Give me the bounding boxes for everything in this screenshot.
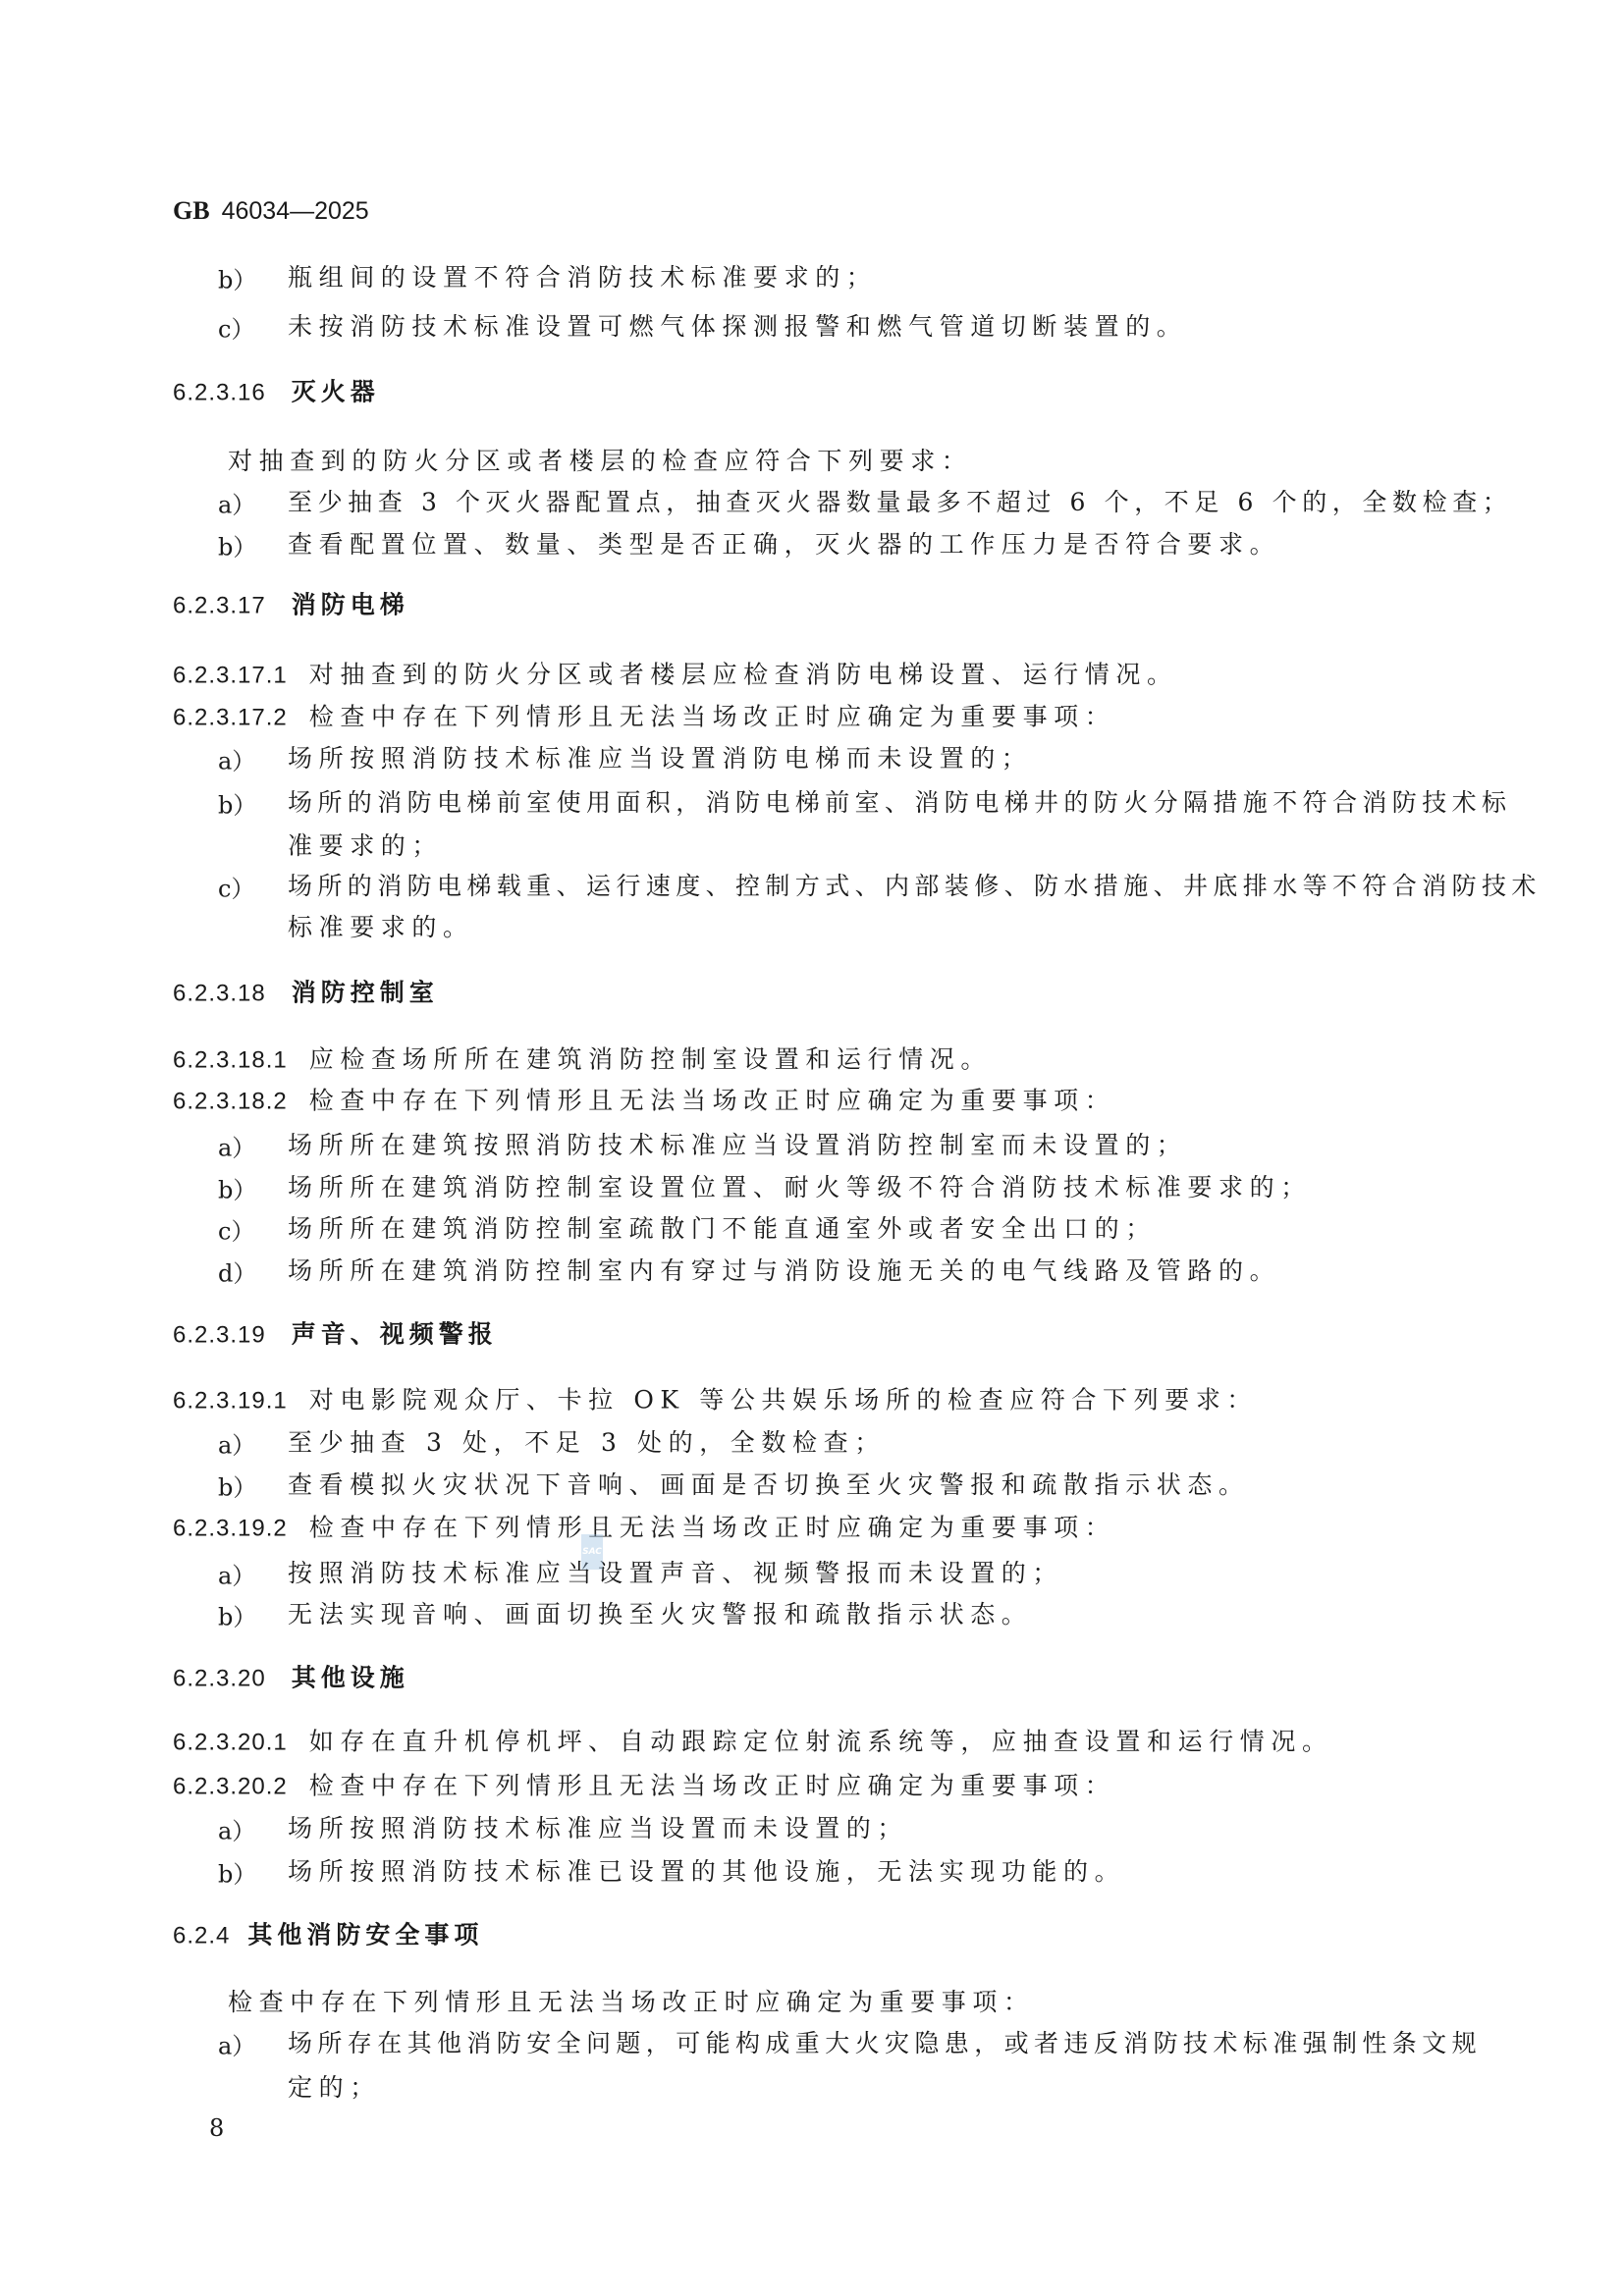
list-item-text: 场所按照消防技术标准应当设置消防电梯而未设置的； (288, 742, 1032, 775)
list-item-label: b） (218, 786, 256, 821)
clause-number: 6.2.3.17.2 (173, 705, 288, 731)
section-heading: 6.2.4其他消防安全事项 (173, 1919, 483, 1953)
list-item-label: d） (218, 1255, 256, 1289)
list-item-label: b） (218, 261, 256, 295)
standard-prefix: GB (173, 196, 210, 225)
sac-watermark: SAC (581, 1534, 603, 1570)
section-number: 6.2.3.20 (173, 1666, 266, 1692)
section-number: 6.2.3.19 (173, 1322, 266, 1349)
list-item-text: 场所的消防电梯前室使用面积，消防电梯前室、消防电梯井的防火分隔措施不符合消防技术… (288, 786, 1511, 820)
list-item-label: a） (218, 1557, 255, 1591)
list-item-text: 无法实现音响、画面切换至火灾警报和疏散指示状态。 (288, 1598, 1032, 1631)
list-item-text: 场所所在建筑消防控制室内有穿过与消防设施无关的电气线路及管路的。 (288, 1255, 1280, 1288)
section-title: 其他设施 (292, 1664, 409, 1692)
standard-number: 46034—2025 (222, 197, 369, 225)
list-item-label: a） (218, 1129, 255, 1163)
section-heading: 6.2.3.18消防控制室 (173, 977, 439, 1011)
clause: 6.2.3.17.2检查中存在下列情形且无法当场改正时应确定为重要事项： (173, 701, 1115, 735)
list-item-label: c） (218, 310, 254, 345)
list-item-text: 场所的消防电梯载重、运行速度、控制方式、内部装修、防水措施、井底排水等不符合消防… (288, 870, 1542, 903)
clause-text: 检查中存在下列情形且无法当场改正时应确定为重要事项： (309, 703, 1116, 731)
clause-number: 6.2.3.20.2 (173, 1774, 288, 1800)
list-item-label: c） (218, 1212, 254, 1247)
clause: 6.2.3.18.1应检查场所所在建筑消防控制室设置和运行情况。 (173, 1043, 992, 1078)
clause-text: 对抽查到的防火分区或者楼层应检查消防电梯设置、运行情况。 (309, 661, 1178, 689)
clause-number: 6.2.3.19.1 (173, 1388, 288, 1415)
list-item-label: a） (218, 1812, 255, 1846)
list-item-label: a） (218, 2027, 255, 2061)
section-title: 消防控制室 (292, 979, 439, 1007)
clause-text: 对电影院观众厅、卡拉 OK 等公共娱乐场所的检查应符合下列要求： (309, 1386, 1258, 1415)
list-item-label: a） (218, 742, 255, 776)
page-number: 8 (209, 2114, 224, 2142)
paragraph: 对抽查到的防火分区或者楼层的检查应符合下列要求： (228, 445, 972, 478)
list-item-text: 场所所在建筑按照消防技术标准应当设置消防控制室而未设置的； (288, 1129, 1187, 1162)
clause-text: 检查中存在下列情形且无法当场改正时应确定为重要事项： (309, 1087, 1116, 1115)
document-page: GB46034—2025 b） 瓶组间的设置不符合消防技术标准要求的； c） 未… (0, 0, 1624, 2296)
section-heading: 6.2.3.19声音、视频警报 (173, 1318, 498, 1353)
list-item-text: 场所存在其他消防安全问题，可能构成重大火灾隐患，或者违反消防技术标准强制性条文规 (288, 2027, 1482, 2060)
list-item-text: 查看配置位置、数量、类型是否正确，灭火器的工作压力是否符合要求。 (288, 528, 1280, 561)
clause-number: 6.2.3.19.2 (173, 1516, 288, 1542)
list-item-text: 查看模拟火灾状况下音响、画面是否切换至火灾警报和疏散指示状态。 (288, 1468, 1250, 1502)
list-item-text: 场所所在建筑消防控制室疏散门不能直通室外或者安全出口的； (288, 1212, 1157, 1246)
clause-number: 6.2.3.18.2 (173, 1089, 288, 1115)
clause: 6.2.3.17.1对抽查到的防火分区或者楼层应检查消防电梯设置、运行情况。 (173, 659, 1178, 693)
list-item-text-continuation: 定的； (288, 2071, 381, 2105)
section-number: 6.2.3.17 (173, 593, 266, 619)
section-title: 消防电梯 (292, 591, 409, 619)
list-item-label: a） (218, 1426, 255, 1461)
section-title: 其他消防安全事项 (247, 1921, 483, 1949)
section-heading: 6.2.3.20其他设施 (173, 1662, 409, 1696)
section-heading: 6.2.3.16灭火器 (173, 376, 380, 410)
list-item-label: b） (218, 1855, 256, 1890)
list-item-label: a） (218, 486, 255, 520)
clause: 6.2.3.20.2检查中存在下列情形且无法当场改正时应确定为重要事项： (173, 1770, 1115, 1804)
list-item-text: 场所按照消防技术标准已设置的其他设施，无法实现功能的。 (288, 1855, 1125, 1889)
section-number: 6.2.4 (173, 1923, 230, 1949)
list-item-text-continuation: 标准要求的。 (288, 911, 474, 944)
clause: 6.2.3.20.1如存在直升机停机坪、自动跟踪定位射流系统等，应抽查设置和运行… (173, 1726, 1333, 1760)
clause-text: 如存在直升机停机坪、自动跟踪定位射流系统等，应抽查设置和运行情况。 (309, 1728, 1333, 1756)
list-item-text: 瓶组间的设置不符合消防技术标准要求的； (288, 261, 877, 294)
list-item-label: b） (218, 1468, 256, 1503)
list-item-text-continuation: 准要求的； (288, 829, 443, 863)
clause-text: 应检查场所所在建筑消防控制室设置和运行情况。 (309, 1045, 992, 1074)
section-number: 6.2.3.16 (173, 380, 266, 406)
section-heading: 6.2.3.17消防电梯 (173, 589, 409, 623)
clause-text: 检查中存在下列情形且无法当场改正时应确定为重要事项： (309, 1772, 1116, 1800)
clause-number: 6.2.3.17.1 (173, 663, 288, 689)
clause: 6.2.3.19.1对电影院观众厅、卡拉 OK 等公共娱乐场所的检查应符合下列要… (173, 1384, 1258, 1418)
list-item-label: b） (218, 1171, 256, 1205)
list-item-label: c） (218, 870, 254, 904)
list-item-text: 至少抽查 3 个灭火器配置点，抽查灭火器数量最多不超过 6 个，不足 6 个的，… (288, 486, 1512, 519)
list-item-text: 未按消防技术标准设置可燃气体探测报警和燃气管道切断装置的。 (288, 310, 1187, 344)
clause-number: 6.2.3.20.1 (173, 1730, 288, 1756)
section-title: 声音、视频警报 (292, 1320, 498, 1349)
clause-text: 检查中存在下列情形且无法当场改正时应确定为重要事项： (309, 1514, 1116, 1542)
clause-number: 6.2.3.18.1 (173, 1047, 288, 1074)
paragraph: 检查中存在下列情形且无法当场改正时应确定为重要事项： (228, 1986, 1035, 2019)
list-item-text: 按照消防技术标准应当设置声音、视频警报而未设置的； (288, 1557, 1063, 1590)
list-item-text: 场所按照消防技术标准应当设置而未设置的； (288, 1812, 908, 1845)
section-title: 灭火器 (292, 378, 380, 406)
list-item-text: 至少抽查 3 处，不足 3 处的，全数检查； (288, 1426, 886, 1460)
clause: 6.2.3.19.2检查中存在下列情形且无法当场改正时应确定为重要事项： (173, 1512, 1115, 1546)
standard-number-header: GB46034—2025 (173, 196, 369, 226)
list-item-text: 场所所在建筑消防控制室设置位置、耐火等级不符合消防技术标准要求的； (288, 1171, 1312, 1204)
clause: 6.2.3.18.2检查中存在下列情形且无法当场改正时应确定为重要事项： (173, 1085, 1115, 1119)
list-item-label: b） (218, 528, 256, 562)
section-number: 6.2.3.18 (173, 981, 266, 1007)
list-item-label: b） (218, 1598, 256, 1632)
